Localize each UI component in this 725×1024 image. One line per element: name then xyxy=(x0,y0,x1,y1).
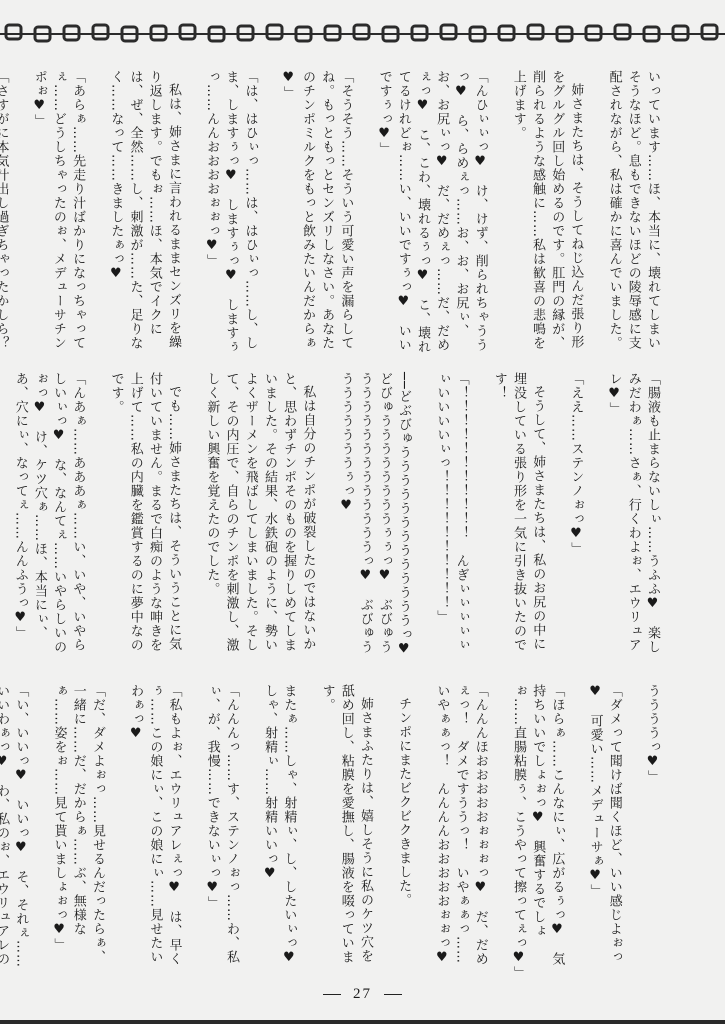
paragraph: 「ほらぁ……こんなにぃ、広がるぅっ♥ 気持ちいいでしょぉっ♥ 興奮するでしょぉ…… xyxy=(509,684,567,974)
paragraph: 「んんんほおおおおおぉぉぉっ♥ だ、だめぇっ！ ダメですううっ！ いやぁぁっ……… xyxy=(432,684,490,974)
page-number-dash-right xyxy=(384,994,402,995)
text-band-top: いっています……ほ、本当に、壊れてしまいそうなほど。息もできないほどの陵辱感に支… xyxy=(62,70,662,360)
text-band-middle: 「腸液も止まらないしぃ……うふふ♥ 楽しみだわぁ……さぁ、行くわよぉ、エウリュア… xyxy=(62,372,662,662)
paragraph: 「ええ……ステンノぉっ♥」 xyxy=(566,372,585,662)
paragraph: 「んあぁ……あああぁ……い、いや、いやらしいぃっ♥ な、なんてぇ……いやらしいの… xyxy=(11,372,88,662)
paragraph: 姉さまたちは、そうしてねじ込んだ張り形をグルグル回し始めるのです。肛門の縁が、削… xyxy=(509,70,586,360)
paragraph: 「んひぃぃっ♥ け、けず、削られちゃううっ♥ ら、らめぇっ……お、お、お尻ぃ、お… xyxy=(374,70,489,360)
page-number-value: 27 xyxy=(353,986,372,1002)
paragraph: 「は、はひぃっ……は、はひぃっ……し、しま、しますぅっ♥ しますぅっ♥ しますぅ… xyxy=(202,70,260,360)
paragraph: 姉さまふたりは、嬉しそうに私のケツ穴を舐め回し、粘膜を愛撫し、腸液を啜っています… xyxy=(317,684,375,974)
paragraph: 「腸液も止まらないしぃ……うふふ♥ 楽しみだわぁ……さぁ、行くわよぉ、エウリュア… xyxy=(604,372,662,662)
paragraph: またぁ……しゃ、射精ぃ、し、したいぃっ♥ しゃ、射精ぃ……射精いいっ♥ xyxy=(260,684,298,974)
paragraph: 「あらぁ……先走り汁ばかりになっちゃってぇ……どうしちゃったのぉ、メデューサチン… xyxy=(30,70,88,360)
paragraph: 「私もよぉ、エウリュアレぇっ♥ は、早くぅ……この娘にぃ、この娘にぃ……見せたい… xyxy=(126,684,184,974)
page-number-dash-left xyxy=(323,994,341,995)
paragraph: 私は、姉さまに言われるままセンズリを繰り返します。でもぉ……ほ、本気でイクには、… xyxy=(106,70,183,360)
paragraph: 「！！！！！！！！！！！ んぎぃぃぃぃぃぃいいいいぃっ！！！！！！！！！！」 xyxy=(432,372,470,662)
paragraph: 私は自分のチンポが破裂したのではないかと、思わずチンポそのものを握りしめてしまい… xyxy=(202,372,317,662)
paragraph: いっています……ほ、本当に、壊れてしまいそうなほど。息もできないほどの陵辱感に支… xyxy=(604,70,662,360)
scan-bottom-edge xyxy=(0,1020,725,1024)
paragraph: 「ダメって聞けば聞くほど、いい感じよぉっ♥ 可愛い……メデューサぁ♥」 xyxy=(585,684,623,974)
paragraph: 「い、いいっ♥ いいっ♥ そ、それぇ……いいわぁっ♥ わ、私のぉ、エウリュアレの… xyxy=(0,684,30,974)
paragraph: ううううっ♥」 xyxy=(643,684,662,974)
page-number: 27 xyxy=(0,986,725,1003)
paragraph: 「んんんっ……す、ステンノぉっ……わ、私ぃ、が、我慢……できないぃっ♥」 xyxy=(203,684,241,974)
paragraph: ──どぶびゅうううううううううううううっ♥ どびゅううううううううぅぅっ♥ ぶび… xyxy=(336,372,413,662)
paragraph: 「そうそう……そういう可愛い声を漏らしてね。もっともっとセンズリしなさい。あなた… xyxy=(279,70,356,360)
paragraph: そうして、姉さまたちは、私のお尻の中に埋没している張り形を一気に引き抜いたのです… xyxy=(490,372,548,662)
chain-border-decoration xyxy=(0,22,725,46)
paragraph: チンポにまたビクビクきました。 xyxy=(394,684,413,974)
paragraph: 「だ、ダメよぉっ……見せるんだったらぁ、一緒に……だ、だからぁ……ぶ、無様なぁ…… xyxy=(49,684,107,974)
paragraph: でも……姉さまたちは、そういうことに気付いていません。まるで白痴のような呻きを上… xyxy=(106,372,183,662)
paragraph: 「さすがに本気汁出し過ぎちゃったかしら？ でもぉ、女の子イクまでぇ……チンポイキ… xyxy=(0,70,11,360)
text-band-bottom: ううううっ♥」「ダメって聞けば聞くほど、いい感じよぉっ♥ 可愛い……メデューサぁ… xyxy=(62,684,662,974)
